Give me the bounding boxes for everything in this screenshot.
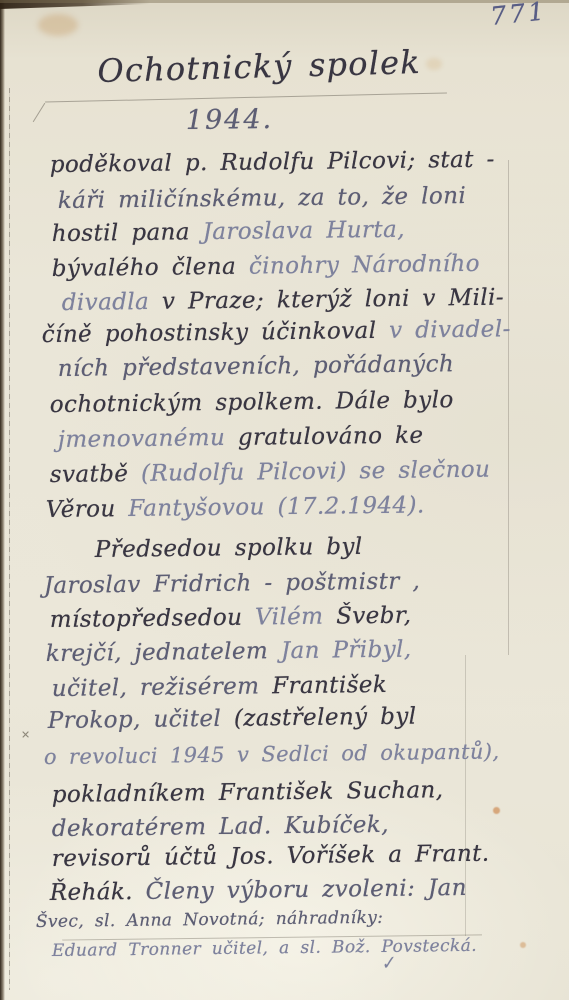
foxing-stain [38, 14, 78, 36]
handwritten-line: Jaroslav Fridrich - poštmistr , [44, 568, 421, 599]
margin-line-left [9, 88, 10, 990]
handwritten-segment: pokladníkem František Suchan, [52, 777, 444, 808]
handwritten-segment: krejčí, jednatelem [46, 638, 281, 667]
pencil-tick [33, 103, 46, 122]
handwritten-segment: Předsedou spolku byl [95, 534, 363, 563]
handwritten-line: pokladníkem František Suchan, [52, 777, 444, 808]
handwritten-line: bývalého člena činohry Národního [52, 251, 480, 282]
handwritten-segment: o revoluci 1945 v Sedlci od okupantů), [44, 739, 500, 769]
page-edge-top [0, 0, 569, 3]
handwritten-segment: bývalého člena [52, 254, 249, 282]
handwritten-line: ochotnickým spolkem. Dále bylo [50, 387, 454, 418]
foxing-stain [426, 58, 442, 70]
handwritten-segment: číně pohostinsky účinkoval [42, 318, 390, 348]
foxing-stain [520, 942, 526, 948]
handwritten-segment: činohry Národního [249, 251, 480, 280]
handwritten-line: číně pohostinsky účinkoval v divadel- [42, 316, 511, 348]
handwritten-segment: (zastřelený byl [234, 703, 417, 731]
handwritten-line: revisorů účtů Jos. Voříšek a Frant. [52, 841, 490, 872]
handwritten-line: káři miličínskému, za to, že loni [58, 183, 467, 214]
handwritten-segment: Dále bylo [336, 387, 454, 414]
handwritten-segment: Švebr, [336, 603, 412, 630]
handwritten-segment: Prokop, učitel [48, 706, 234, 734]
foxing-stain [493, 807, 500, 814]
handwritten-segment: poštmistr , [285, 568, 420, 596]
handwritten-line: Věrou Fantyšovou (17.2.1944). [46, 492, 425, 523]
handwritten-line: místopředsedou Vilém Švebr, [50, 603, 412, 633]
handwritten-segment: v Praze; kterýž loni v Mili- [162, 285, 504, 315]
handwritten-segment: Fantyšovou (17.2.1944). [128, 492, 425, 522]
handwritten-segment: dekoratérem Lad. Kubíček, [52, 812, 389, 842]
title-underline [45, 92, 447, 102]
handwritten-line: Prokop, učitel (zastřelený byl [48, 703, 417, 734]
handwritten-segment: František [272, 672, 387, 699]
handwritten-segment: místopředsedou [50, 604, 256, 633]
handwritten-segment: (Rudolfu Pilcovi) se slečnou [141, 457, 491, 487]
handwritten-segment: hostil pana [52, 219, 203, 247]
handwritten-segment: ních představeních, pořádaných [58, 351, 455, 382]
handwritten-segment: poděkoval p. Rudolfu Pilcovi; stat - [50, 147, 495, 178]
binding-edge-left [0, 0, 5, 1000]
handwritten-line: svatbě (Rudolfu Pilcovi) se slečnou [50, 457, 491, 488]
handwritten-line: divadla v Praze; kterýž loni v Mili- [62, 285, 504, 316]
handwritten-line: jmenovanému gratulováno ke [58, 423, 424, 453]
handwritten-segment: Vilém [255, 604, 336, 631]
handwritten-segment: Eduard Tronner učitel, a sl. Bož. Povste… [52, 936, 477, 961]
handwritten-line: poděkoval p. Rudolfu Pilcovi; stat - [50, 147, 495, 178]
handwritten-line: ních představeních, pořádaných [58, 351, 455, 382]
handwritten-line: učitel, režisérem František [52, 672, 388, 702]
handwritten-segment: revisorů účtů Jos. Voříšek a Frant. [52, 841, 490, 872]
handwritten-segment: učitel, režisérem [52, 673, 273, 702]
binding-edge-top-left [0, 0, 150, 9]
handwritten-segment: v divadel- [389, 316, 511, 343]
handwritten-segment: jmenovanému [58, 425, 238, 453]
handwritten-line: Předsedou spolku byl [95, 534, 363, 563]
handwritten-line: hostil pana Jaroslava Hurta, [52, 217, 405, 247]
handwritten-line: Švec, sl. Anna Novotná; náhradníky: [36, 908, 384, 932]
handwritten-segment: ochotnickým spolkem. [50, 389, 336, 418]
handwritten-segment: Členy výboru zvoleni: Jan [146, 875, 468, 905]
year-heading: 1944. [186, 104, 274, 136]
handwritten-line: o revoluci 1945 v Sedlci od okupantů), [44, 739, 500, 769]
handwritten-line: dekoratérem Lad. Kubíček, [52, 812, 389, 842]
margin-line-right-upper [508, 160, 509, 655]
x-pencil-mark: × [21, 728, 31, 741]
handwritten-segment: gratulováno ke [238, 423, 424, 451]
handwritten-segment: Jaroslav Fridrich - [44, 570, 286, 599]
chronicle-page: 771 Ochotnický spolek 1944. poděkoval p.… [0, 0, 569, 1000]
handwritten-segment: Švec, sl. Anna Novotná; náhradníky: [36, 908, 384, 932]
handwritten-line: Eduard Tronner učitel, a sl. Bož. Povste… [52, 936, 477, 961]
handwritten-segment: svatbě [50, 461, 142, 488]
handwritten-segment: káři miličínskému, za to, že loni [58, 183, 467, 214]
handwritten-segment: Řehák. [50, 879, 146, 906]
handwritten-line: krejčí, jednatelem Jan Přibyl, [46, 637, 412, 667]
page-title: Ochotnický spolek [97, 43, 421, 90]
handwritten-segment: Věrou [46, 496, 129, 523]
handwritten-segment: divadla [62, 289, 162, 316]
handwritten-line: Řehák. Členy výboru zvoleni: Jan [50, 875, 467, 906]
handwritten-segment: Jaroslava Hurta, [202, 217, 405, 245]
handwritten-segment: Jan Přibyl, [281, 637, 412, 665]
page-number: 771 [489, 0, 548, 31]
